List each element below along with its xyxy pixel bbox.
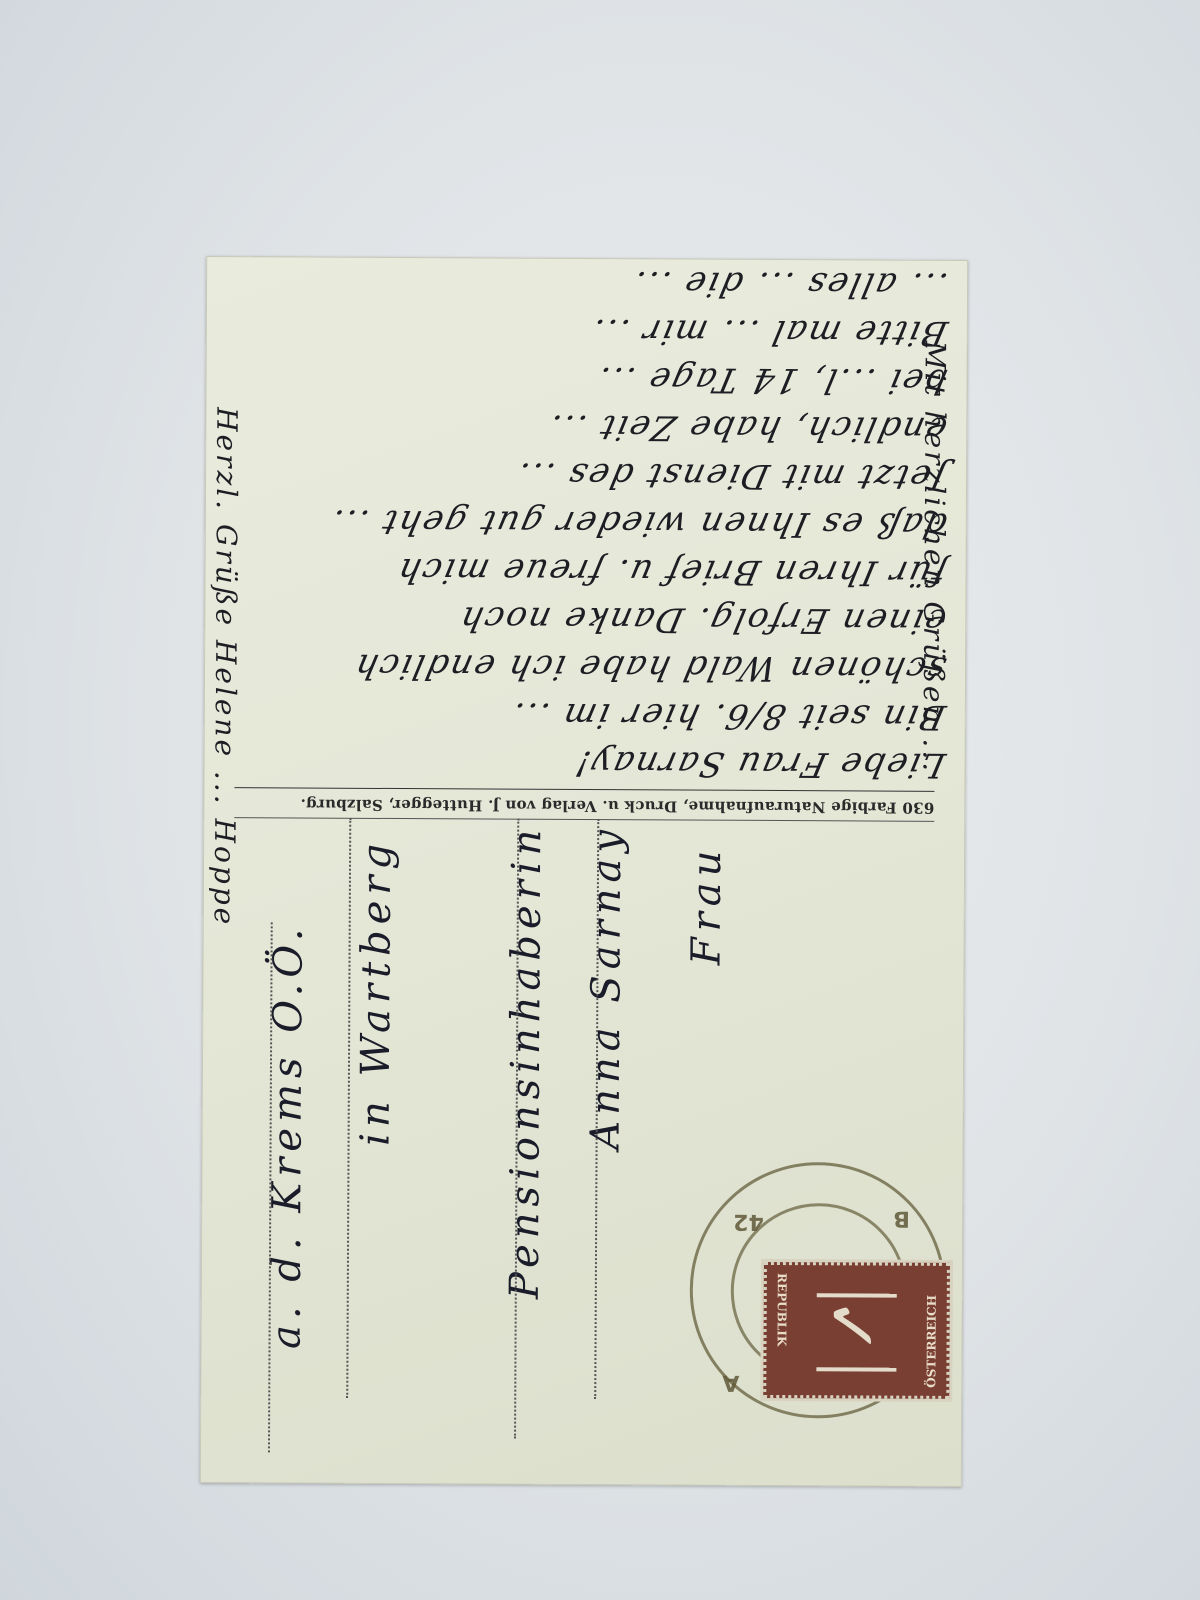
address-dotted-line (346, 818, 351, 1398)
message-line: Bin seit 8/6. hier im ... (220, 689, 950, 741)
stamp-emblem-icon: ✓ (810, 1297, 892, 1356)
message-line: endlich, habe Zeit ... (221, 401, 951, 453)
imprint-rule (234, 817, 934, 822)
message-line: Jetzt mit Dienst des ... (221, 449, 951, 501)
handwritten-message: Liebe Frau Sarnay! Bin seit 8/6. hier im… (224, 265, 947, 789)
address-line-1: Frau (684, 845, 731, 966)
message-line: einen Erfolg. Danke noch (220, 593, 950, 645)
publisher-imprint: 630 Farbige Naturaufnahme, Druck u. Verl… (234, 791, 934, 817)
address-line-2: Anna Sarnay (583, 824, 631, 1150)
left-margin-note: Herzl. Grüße Helene ... Hoppe (206, 407, 244, 1307)
stamp-label: REPUBLIK (774, 1273, 789, 1387)
message-line: für Ihren Brief u. freue mich (220, 545, 950, 597)
address-line-3: Pensionsinhaberin (502, 824, 550, 1300)
stamp-label: ÖSTERREICH (924, 1274, 939, 1388)
message-line: Liebe Frau Sarnay! (219, 737, 949, 789)
postcard: Liebe Frau Sarnay! Bin seit 8/6. hier im… (200, 256, 968, 1487)
postmark-number: 42 (733, 1209, 764, 1234)
postmark-letter: B (893, 1206, 910, 1231)
message-line: daß es Ihnen wieder gut geht ... (221, 497, 951, 549)
address-line-4: in Wartberg (353, 838, 401, 1146)
imprint-number: 630 (902, 799, 934, 817)
right-margin-note: Mit herzlichen Grüßen ... (916, 341, 952, 861)
imprint-text: Farbige Naturaufnahme, Druck u. Verlag v… (300, 796, 896, 817)
message-line: bei ...l, 14 Tage ... (221, 353, 951, 405)
postmark-letter: A (722, 1370, 739, 1395)
postage-stamp: REPUBLIK ÖSTERREICH ✓ (763, 1262, 950, 1399)
message-line: ... alles ... die ... (222, 257, 952, 309)
message-line: schönen Wald habe ich endlich (220, 641, 950, 693)
message-line: Bitte mal ... mir ... (222, 305, 952, 357)
